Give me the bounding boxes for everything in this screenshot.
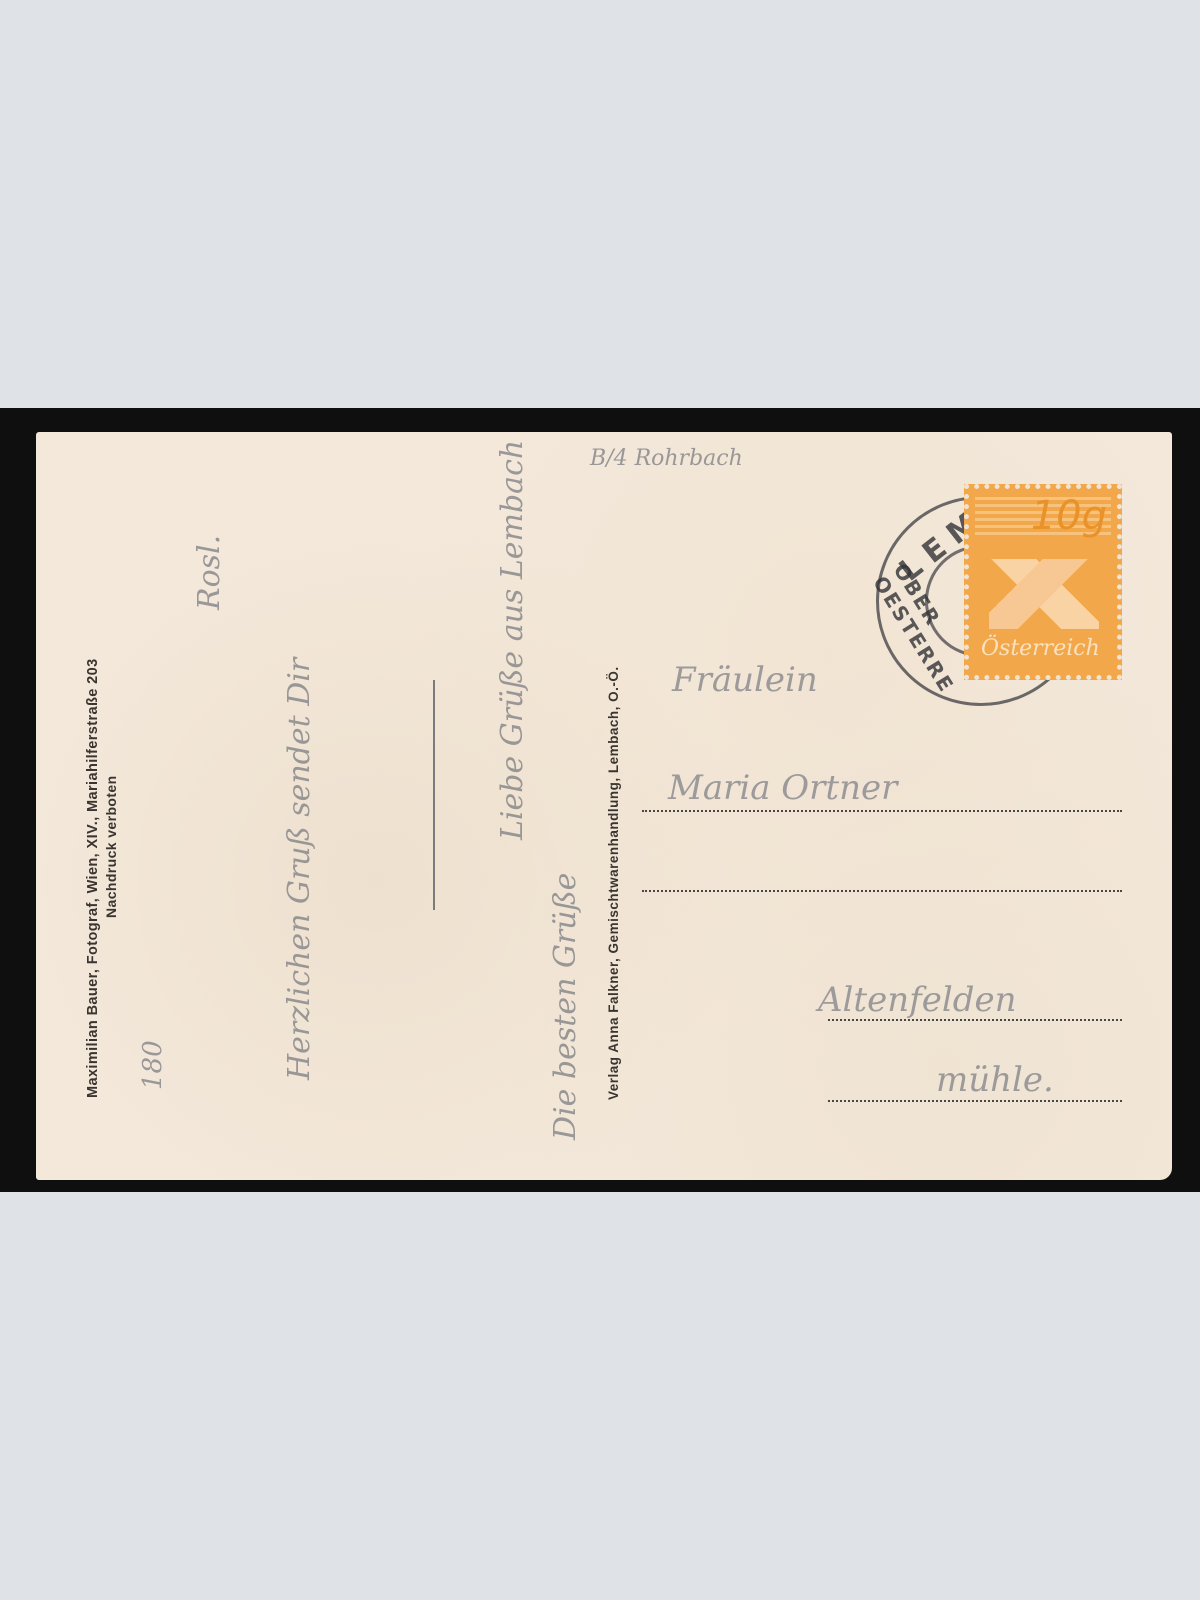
stamp-value: 10g <box>1031 493 1107 539</box>
postage-stamp: 10g Österreich <box>964 484 1122 680</box>
photographer-credit: Maximilian Bauer, Fotograf, Wien, XIV., … <box>85 658 101 1098</box>
address-rule-4 <box>828 1100 1122 1102</box>
signature-stroke <box>433 680 435 910</box>
address-line-4: mühle. <box>936 1060 1054 1100</box>
address-rule-1 <box>642 810 1122 812</box>
message-line: Herzlichen Gruß sendet Dir <box>282 658 317 1080</box>
catalog-note: B/4 Rohrbach <box>590 446 743 471</box>
message-line: Die besten Grüße <box>548 873 583 1140</box>
address-line-1: Fräulein <box>672 660 818 700</box>
stamp-mountain-icon <box>989 559 1099 629</box>
address-rule-3 <box>828 1019 1122 1021</box>
address-line-3: Altenfelden <box>818 980 1016 1020</box>
pencil-number: 180 <box>138 1040 168 1090</box>
publisher-credit: Verlag Anna Falkner, Gemischtwarenhandlu… <box>606 666 621 1100</box>
address-rule-2 <box>642 890 1122 892</box>
message-line: Rosl. <box>192 535 227 610</box>
message-line: Liebe Grüße aus Lembach <box>495 440 530 840</box>
reprint-notice: Nachdruck verboten <box>103 775 119 918</box>
stamp-country: Österreich <box>981 636 1100 661</box>
address-line-2: Maria Ortner <box>668 768 897 808</box>
